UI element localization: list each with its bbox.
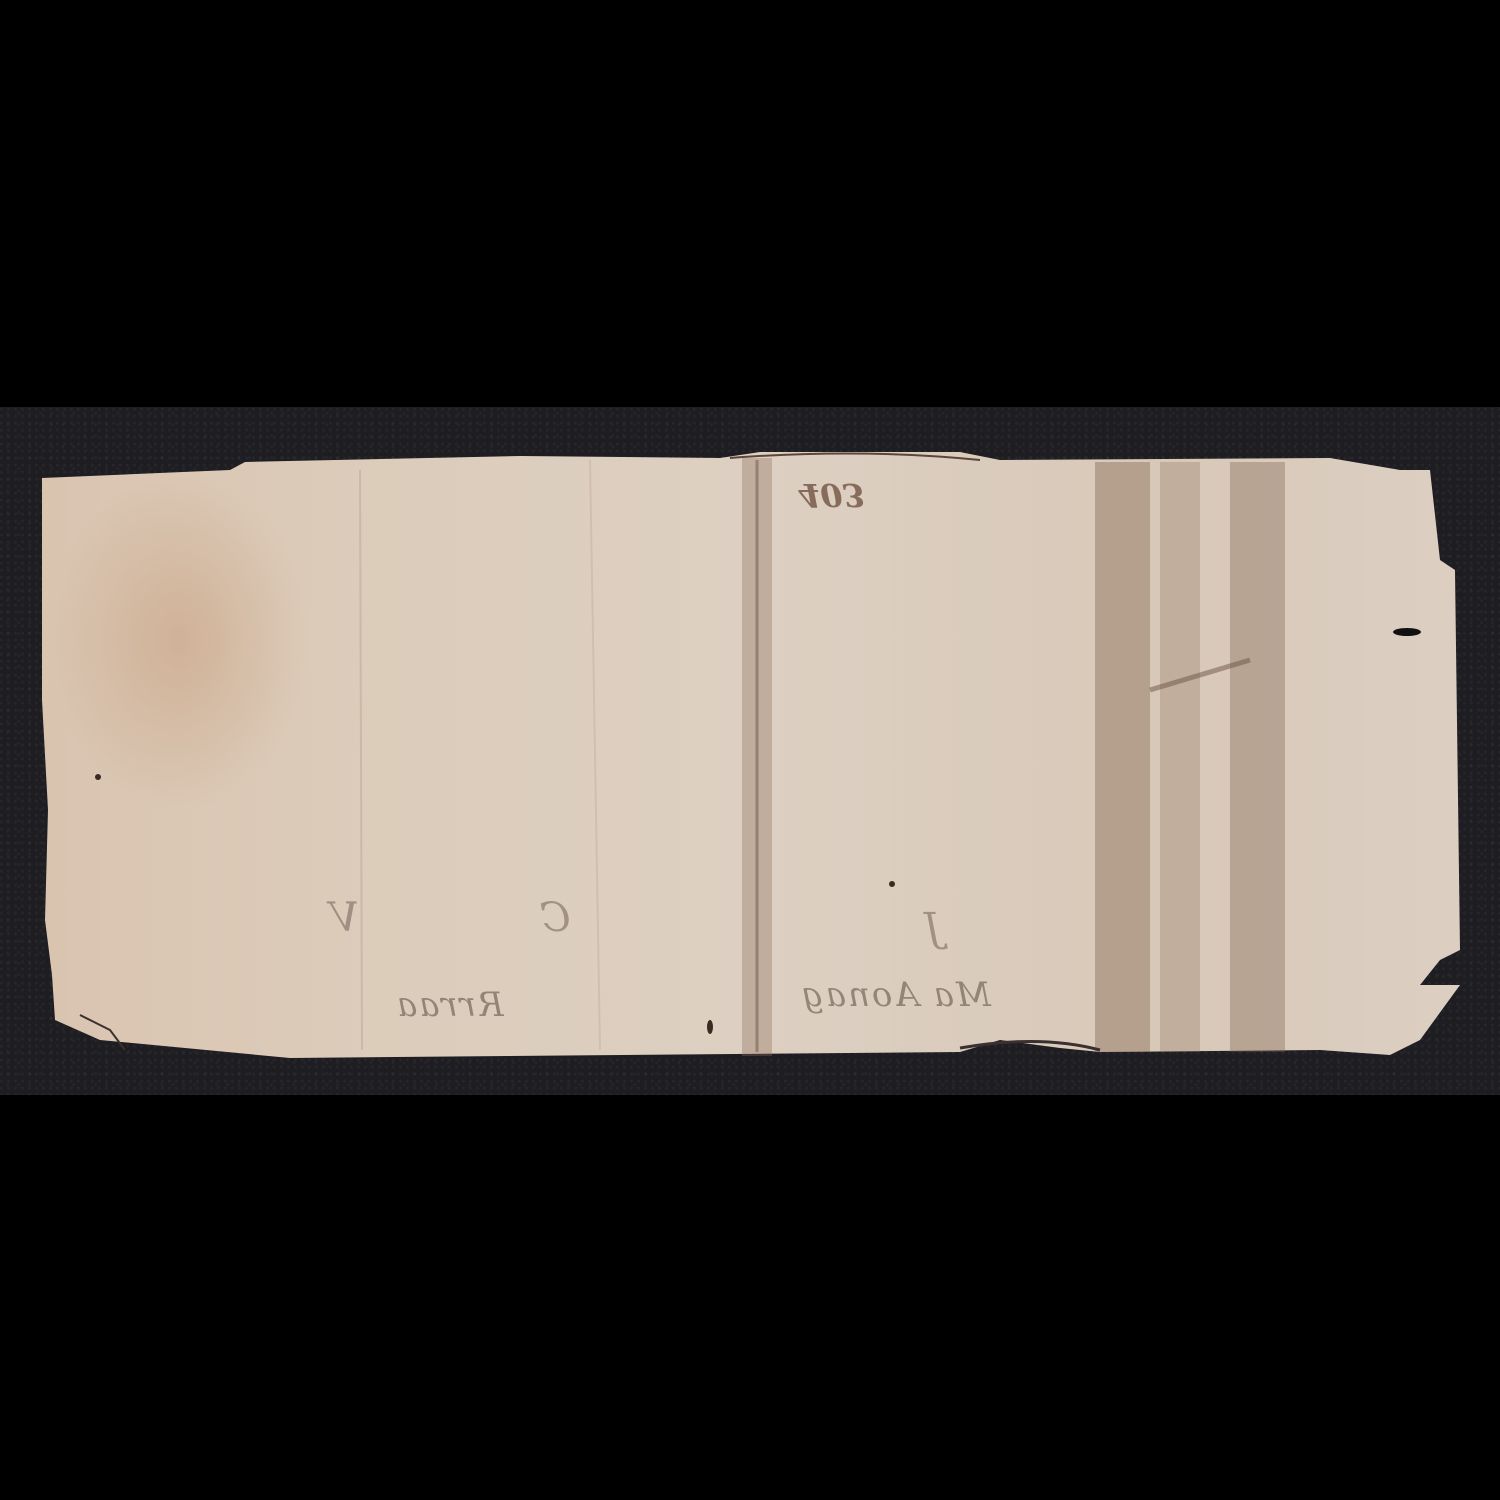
ink-mark: C — [540, 895, 571, 941]
ink-mark: V — [330, 895, 359, 941]
banknote-paper — [0, 0, 1500, 1500]
signature-left-show-through: Rrraa — [395, 985, 504, 1025]
banknote: 403 Rrraa Ma Aonag V C J — [0, 0, 1500, 1500]
signature-right-show-through: Ma Aonag — [800, 975, 991, 1015]
serial-number-show-through: 403 — [798, 476, 865, 514]
ink-mark: J — [925, 905, 941, 951]
